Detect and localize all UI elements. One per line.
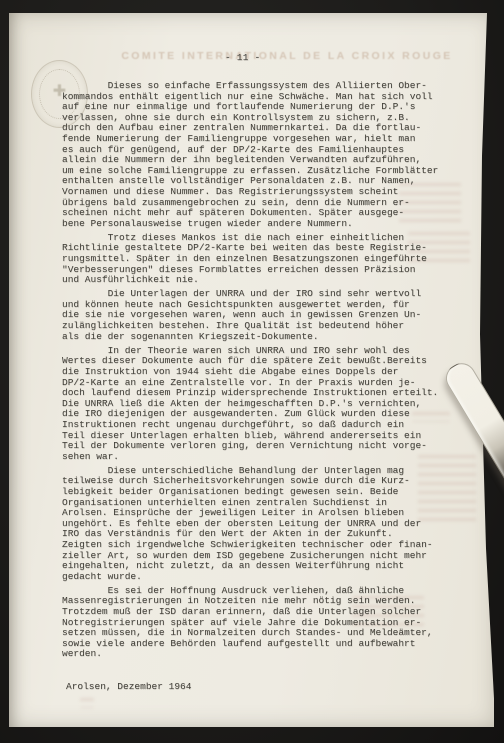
paragraph-5: Diese unterschiedliche Behandlung der Un… [62, 466, 462, 583]
document-body: Dieses so einfache Erfassungssystem des … [62, 81, 462, 663]
dateline: Arolsen, Dezember 1964 [66, 681, 191, 692]
paragraph-2: Trotz dieses Mankos ist die nach einer e… [62, 233, 462, 286]
paragraph-3: Die Unterlagen der UNRRA und der IRO sin… [62, 289, 462, 342]
bleedthrough-letterhead: COMITE INTERNATIONAL DE LA CROIX ROUGE [117, 50, 457, 62]
document-page: ✚ COMITE INTERNATIONAL DE LA CROIX ROUGE… [9, 13, 494, 727]
paragraph-6: Es sei der Hoffnung Ausdruck verliehen, … [62, 586, 462, 660]
paragraph-1: Dieses so einfache Erfassungssystem des … [62, 81, 462, 229]
photo-background: ✚ COMITE INTERNATIONAL DE LA CROIX ROUGE… [0, 0, 504, 743]
page-number: - 11 - [225, 52, 260, 63]
bleedthrough-smudge [80, 698, 94, 708]
paragraph-4: In der Theorie waren sich UNRRA und IRO … [62, 346, 462, 463]
